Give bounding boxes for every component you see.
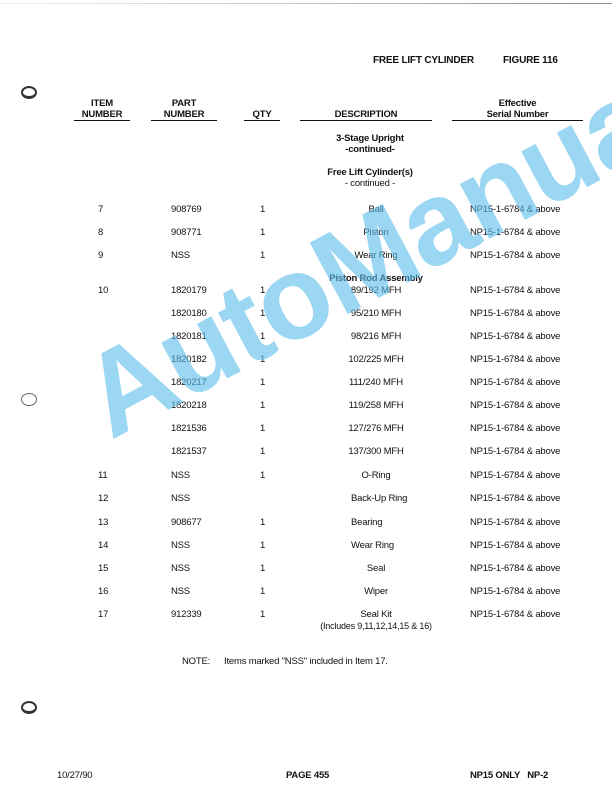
description: 95/210 MFH xyxy=(300,308,452,319)
effective-serial-number: NP15-1-6784 & above xyxy=(470,204,560,215)
effective-serial-number: NP15-1-6784 & above xyxy=(470,540,560,551)
section-heading-cylinder: Free Lift Cylinder(s) - continued - xyxy=(290,167,450,189)
item-number: 12 xyxy=(98,493,118,504)
quantity: 1 xyxy=(260,470,265,481)
quantity: 1 xyxy=(260,227,265,238)
effective-serial-number: NP15-1-6784 & above xyxy=(470,446,560,457)
part-number: 1821536 xyxy=(171,423,207,434)
column-header-serial-number: Effective Serial Number xyxy=(452,98,583,121)
footer-model: NP15 ONLY NP-2 xyxy=(470,770,548,781)
effective-serial-number: NP15-1-6784 & above xyxy=(470,285,560,296)
page-title: FREE LIFT CYLINDER xyxy=(373,55,474,66)
table-row: 139086771BearingNP15-1-6784 & above xyxy=(0,517,612,531)
effective-serial-number: NP15-1-6784 & above xyxy=(470,517,560,528)
part-number: 1820181 xyxy=(171,331,207,342)
part-number: 912339 xyxy=(171,609,202,620)
description: Seal xyxy=(300,563,452,574)
effective-serial-number: NP15-1-6784 & above xyxy=(470,227,560,238)
table-row: 12NSSBack-Up RingNP15-1-6784 & above xyxy=(0,493,612,507)
column-header-part-number: PART NUMBER xyxy=(151,98,217,121)
quantity: 1 xyxy=(260,354,265,365)
item-number: 8 xyxy=(98,227,118,238)
table-row: 16NSS1WiperNP15-1-6784 & above xyxy=(0,586,612,600)
description: 98/216 MFH xyxy=(300,331,452,342)
effective-serial-number: NP15-1-6784 & above xyxy=(470,609,560,620)
binder-hole-icon xyxy=(21,86,37,99)
table-row: 15NSS1SealNP15-1-6784 & above xyxy=(0,563,612,577)
description: 127/276 MFH xyxy=(300,423,452,434)
description-note: (Includes 9,11,12,14,15 & 16) xyxy=(290,621,462,631)
effective-serial-number: NP15-1-6784 & above xyxy=(470,586,560,597)
part-number: 1821537 xyxy=(171,446,207,457)
table-row: 9NSS1Wear RingNP15-1-6784 & above xyxy=(0,250,612,264)
section-title: 3-Stage Upright xyxy=(336,133,404,144)
effective-serial-number: NP15-1-6784 & above xyxy=(470,493,560,504)
description: 111/240 MFH xyxy=(300,377,452,388)
effective-serial-number: NP15-1-6784 & above xyxy=(470,331,560,342)
quantity: 1 xyxy=(260,540,265,551)
effective-serial-number: NP15-1-6784 & above xyxy=(470,563,560,574)
section-title: Free Lift Cylinder(s) xyxy=(327,167,413,178)
table-row: 179123391Seal KitNP15-1-6784 & above(Inc… xyxy=(0,609,612,623)
effective-serial-number: NP15-1-6784 & above xyxy=(470,308,560,319)
item-number: 14 xyxy=(98,540,118,551)
effective-serial-number: NP15-1-6784 & above xyxy=(470,377,560,388)
table-row: 11NSS1O-RingNP15-1-6784 & above xyxy=(0,470,612,484)
page-top-edge xyxy=(0,3,612,4)
table-row: 18201821102/225 MFHNP15-1-6784 & above xyxy=(0,354,612,368)
item-number: 17 xyxy=(98,609,118,620)
binder-hole-icon xyxy=(21,701,37,714)
subassembly-heading: Piston Rod Assembly xyxy=(290,273,462,284)
part-number: 908677 xyxy=(171,517,202,528)
effective-serial-number: NP15-1-6784 & above xyxy=(470,250,560,261)
table-row: 1820181198/216 MFHNP15-1-6784 & above xyxy=(0,331,612,345)
part-number: NSS xyxy=(171,493,190,504)
quantity: 1 xyxy=(260,250,265,261)
part-number: 1820180 xyxy=(171,308,207,319)
part-number: NSS xyxy=(171,563,190,574)
note-text: Items marked "NSS" included in Item 17. xyxy=(224,656,388,667)
table-row: 1820180195/210 MFHNP15-1-6784 & above xyxy=(0,308,612,322)
effective-serial-number: NP15-1-6784 & above xyxy=(470,470,560,481)
item-number: 9 xyxy=(98,250,118,261)
quantity: 1 xyxy=(260,285,265,296)
quantity: 1 xyxy=(260,400,265,411)
item-number: 16 xyxy=(98,586,118,597)
part-number: 1820218 xyxy=(171,400,207,411)
column-header-line: NUMBER xyxy=(74,109,130,121)
effective-serial-number: NP15-1-6784 & above xyxy=(470,423,560,434)
description: Wear Ring xyxy=(351,540,394,551)
part-number: 1820182 xyxy=(171,354,207,365)
part-number: NSS xyxy=(171,540,190,551)
table-row: 18215361127/276 MFHNP15-1-6784 & above xyxy=(0,423,612,437)
description: 119/258 MFH xyxy=(300,400,452,411)
description: Ball xyxy=(300,204,452,215)
effective-serial-number: NP15-1-6784 & above xyxy=(470,354,560,365)
item-number: 13 xyxy=(98,517,118,528)
column-header-qty: QTY xyxy=(244,109,280,121)
item-number: 11 xyxy=(98,470,118,481)
part-number: 908771 xyxy=(171,227,202,238)
column-header-line: Serial Number xyxy=(452,109,583,121)
footer-page-number: PAGE 455 xyxy=(286,770,329,781)
table-row: 18202181119/258 MFHNP15-1-6784 & above xyxy=(0,400,612,414)
part-number: NSS xyxy=(171,470,190,481)
item-number: 15 xyxy=(98,563,118,574)
section-subtitle: - continued - xyxy=(345,178,395,189)
part-number: 908769 xyxy=(171,204,202,215)
figure-number: FIGURE 116 xyxy=(503,55,558,66)
quantity: 1 xyxy=(260,377,265,388)
column-header-item-number: ITEM NUMBER xyxy=(74,98,130,121)
section-subtitle: -continued- xyxy=(345,144,395,155)
item-number: 10 xyxy=(98,285,118,296)
description: Piston xyxy=(300,227,452,238)
table-row: 101820179189/192 MFHNP15-1-6784 & aboveP… xyxy=(0,285,612,299)
part-number: NSS xyxy=(171,250,190,261)
column-header-line: Effective xyxy=(499,98,537,109)
quantity: 1 xyxy=(260,331,265,342)
description: 102/225 MFH xyxy=(300,354,452,365)
part-number: NSS xyxy=(171,586,190,597)
column-header-line: DESCRIPTION xyxy=(300,109,432,121)
table-row: 18202171111/240 MFHNP15-1-6784 & above xyxy=(0,377,612,391)
table-row: 14NSS1Wear RingNP15-1-6784 & above xyxy=(0,540,612,554)
quantity: 1 xyxy=(260,517,265,528)
description: Seal Kit xyxy=(300,609,452,620)
column-header-line: QTY xyxy=(244,109,280,121)
table-row: 79087691BallNP15-1-6784 & above xyxy=(0,204,612,218)
part-number: 1820217 xyxy=(171,377,207,388)
column-header-line: PART xyxy=(172,98,196,109)
quantity: 1 xyxy=(260,204,265,215)
description: Wiper xyxy=(300,586,452,597)
description: Bearing xyxy=(351,517,382,528)
description: 89/192 MFH xyxy=(300,285,452,296)
table-row: 89087711PistonNP15-1-6784 & above xyxy=(0,227,612,241)
description: O-Ring xyxy=(300,470,452,481)
quantity: 1 xyxy=(260,586,265,597)
quantity: 1 xyxy=(260,609,265,620)
section-heading-upright: 3-Stage Upright -continued- xyxy=(290,133,450,155)
description: 137/300 MFH xyxy=(300,446,452,457)
effective-serial-number: NP15-1-6784 & above xyxy=(470,400,560,411)
description: Wear Ring xyxy=(300,250,452,261)
description: Back-Up Ring xyxy=(351,493,407,504)
quantity: 1 xyxy=(260,308,265,319)
footer-date: 10/27/90 xyxy=(57,770,92,781)
note: NOTE:Items marked "NSS" included in Item… xyxy=(182,656,388,667)
column-header-line: NUMBER xyxy=(151,109,217,121)
quantity: 1 xyxy=(260,446,265,457)
column-header-line: ITEM xyxy=(91,98,113,109)
table-row: 18215371137/300 MFHNP15-1-6784 & above xyxy=(0,446,612,460)
column-header-description: DESCRIPTION xyxy=(300,109,432,121)
quantity: 1 xyxy=(260,563,265,574)
item-number: 7 xyxy=(98,204,118,215)
part-number: 1820179 xyxy=(171,285,207,296)
note-label: NOTE: xyxy=(182,656,210,667)
quantity: 1 xyxy=(260,423,265,434)
